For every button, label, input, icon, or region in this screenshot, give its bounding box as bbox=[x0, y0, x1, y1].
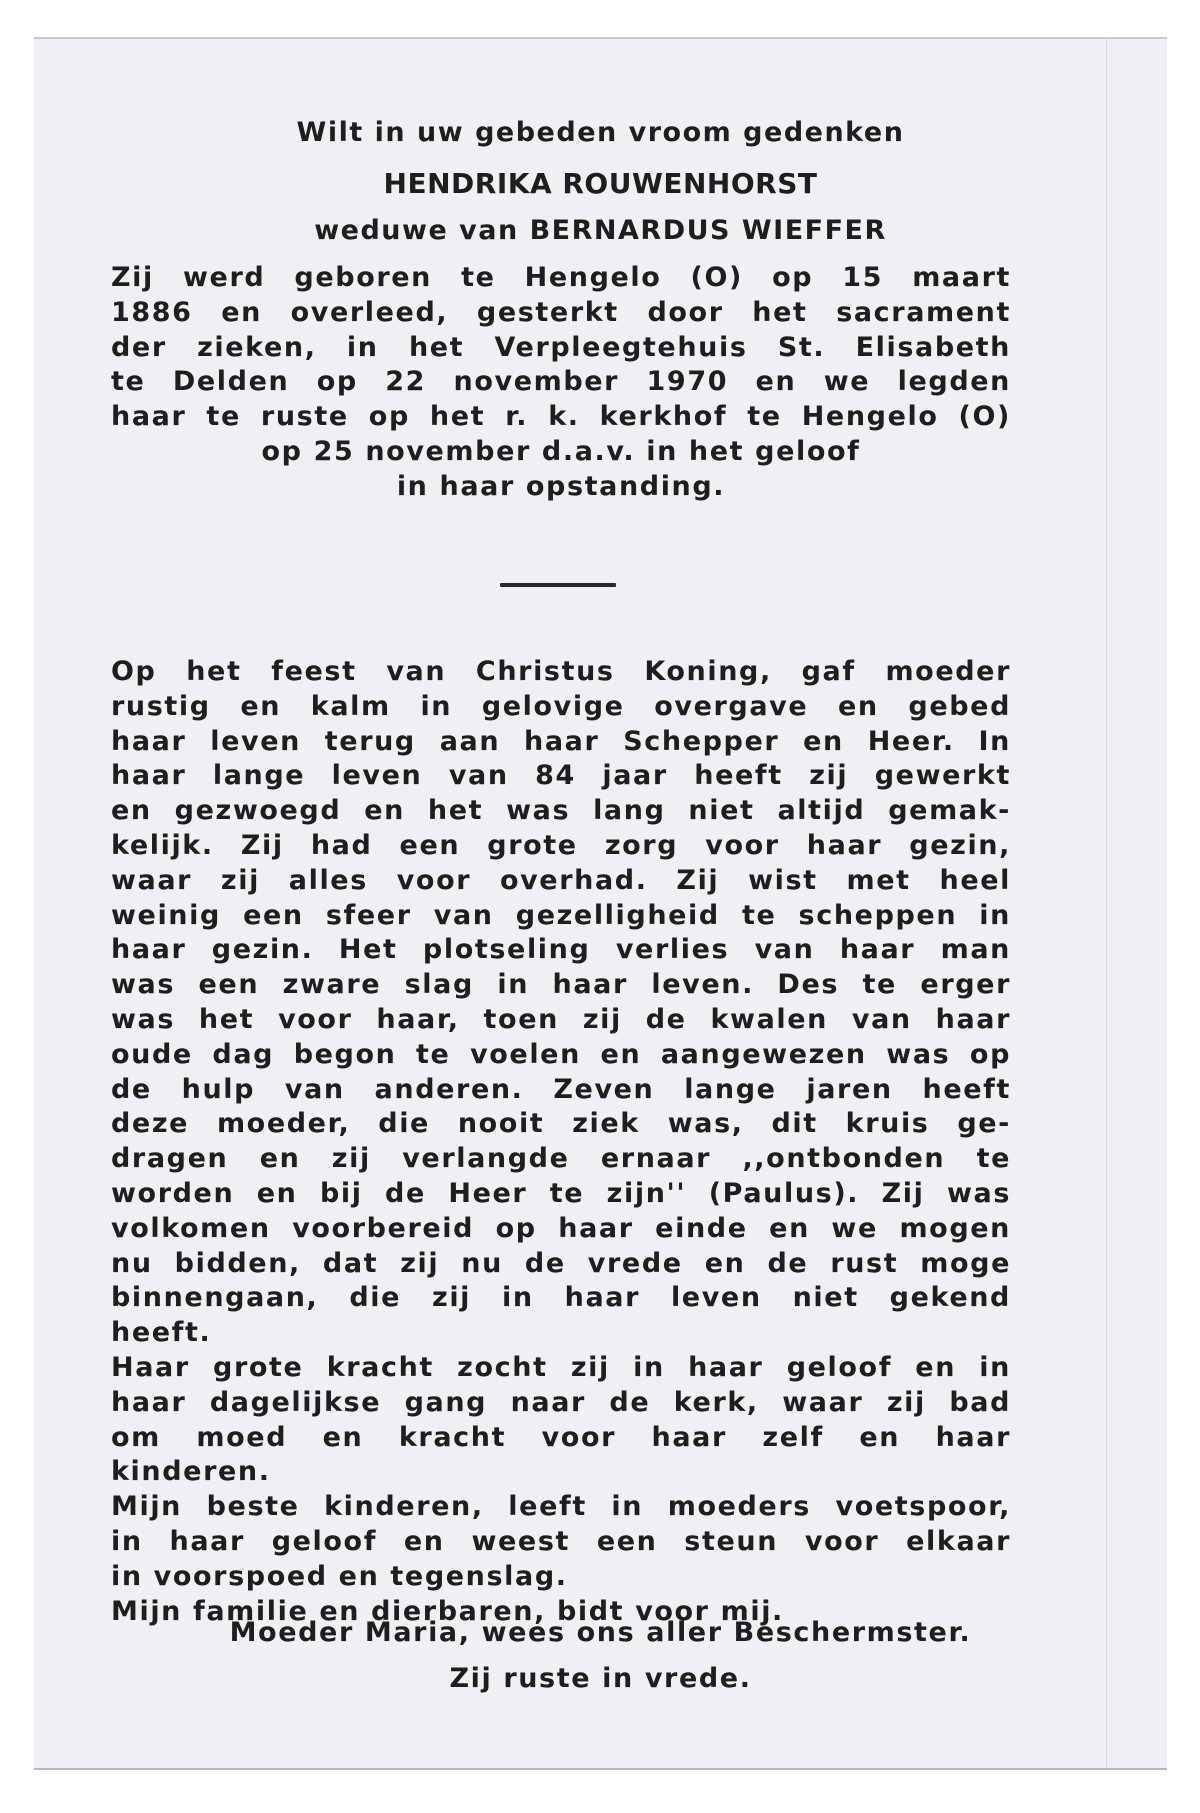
eulogy-line: worden en bij de Heer te zijn'' (Paulus)… bbox=[111, 1177, 1011, 1212]
eulogy-line: nu bidden, dat zij nu de vrede en de rus… bbox=[111, 1247, 1011, 1282]
eulogy-line: heeft. bbox=[111, 1316, 1011, 1351]
eulogy-line: Haar grote kracht zocht zij in haar gelo… bbox=[111, 1351, 1011, 1386]
eulogy-line: Op het feest van Christus Koning, gaf mo… bbox=[111, 655, 1011, 690]
eulogy-block: Op het feest van Christus Koning, gaf mo… bbox=[111, 655, 1011, 1629]
widow-line: weduwe van BERNARDUS WIEFFER bbox=[34, 215, 1167, 246]
eulogy-line: deze moeder, die nooit ziek was, dit kru… bbox=[111, 1107, 1011, 1142]
eulogy-line: om moed en kracht voor haar zelf en haar bbox=[111, 1421, 1011, 1456]
bio-line: 1886 en overleed, gesterkt door het sacr… bbox=[111, 296, 1011, 331]
eulogy-line: haar lange leven van 84 jaar heeft zij g… bbox=[111, 759, 1011, 794]
bio-line: der zieken, in het Verpleegtehuis St. El… bbox=[111, 331, 1011, 366]
eulogy-line: in haar geloof en weest een steun voor e… bbox=[111, 1525, 1011, 1560]
eulogy-line: weinig een sfeer van gezelligheid te sch… bbox=[111, 899, 1011, 934]
eulogy-line: rustig en kalm in gelovige overgave en g… bbox=[111, 690, 1011, 725]
memorial-card: Wilt in uw gebeden vroom gedenken HENDRI… bbox=[34, 37, 1167, 1770]
eulogy-line: Mijn beste kinderen, leeft in moeders vo… bbox=[111, 1490, 1011, 1525]
bio-line: Zij werd geboren te Hengelo (O) op 15 ma… bbox=[111, 261, 1011, 296]
biography-block: Zij werd geboren te Hengelo (O) op 15 ma… bbox=[111, 261, 1011, 505]
eulogy-line: waar zij alles voor overhad. Zij wist me… bbox=[111, 864, 1011, 899]
intro-line: Wilt in uw gebeden vroom gedenken bbox=[34, 117, 1167, 148]
eulogy-line: oude dag begon te voelen en aangewezen w… bbox=[111, 1038, 1011, 1073]
bio-line: in haar opstanding. bbox=[111, 470, 1011, 505]
eulogy-line: binnengaan, die zij in haar leven niet g… bbox=[111, 1281, 1011, 1316]
eulogy-line: dragen en zij verlangde ernaar ,,ontbond… bbox=[111, 1142, 1011, 1177]
bio-line: op 25 november d.a.v. in het geloof bbox=[111, 435, 1011, 470]
eulogy-line: in voorspoed en tegenslag. bbox=[111, 1560, 1011, 1595]
card-fold-line bbox=[1106, 39, 1107, 1768]
deceased-name: HENDRIKA ROUWENHORST bbox=[34, 167, 1167, 200]
prayer-line: Moeder Maria, wees ons aller Beschermste… bbox=[34, 1617, 1167, 1648]
eulogy-line: en gezwoegd en het was lang niet altijd … bbox=[111, 794, 1011, 829]
eulogy-line: haar gezin. Het plotseling verlies van h… bbox=[111, 933, 1011, 968]
bio-line: haar te ruste op het r. k. kerkhof te He… bbox=[111, 400, 1011, 435]
eulogy-line: haar dagelijkse gang naar de kerk, waar … bbox=[111, 1386, 1011, 1421]
eulogy-line: was een zware slag in haar leven. Des te… bbox=[111, 968, 1011, 1003]
eulogy-line: kinderen. bbox=[111, 1455, 1011, 1490]
eulogy-line: was het voor haar, toen zij de kwalen va… bbox=[111, 1003, 1011, 1038]
eulogy-line: haar leven terug aan haar Schepper en He… bbox=[111, 725, 1011, 760]
eulogy-line: kelijk. Zij had een grote zorg voor haar… bbox=[111, 829, 1011, 864]
bio-line: te Delden op 22 november 1970 en we legd… bbox=[111, 365, 1011, 400]
eulogy-line: volkomen voorbereid op haar einde en we … bbox=[111, 1212, 1011, 1247]
eulogy-line: de hulp van anderen. Zeven lange jaren h… bbox=[111, 1073, 1011, 1108]
section-divider bbox=[500, 583, 616, 587]
closing-line: Zij ruste in vrede. bbox=[34, 1663, 1167, 1694]
